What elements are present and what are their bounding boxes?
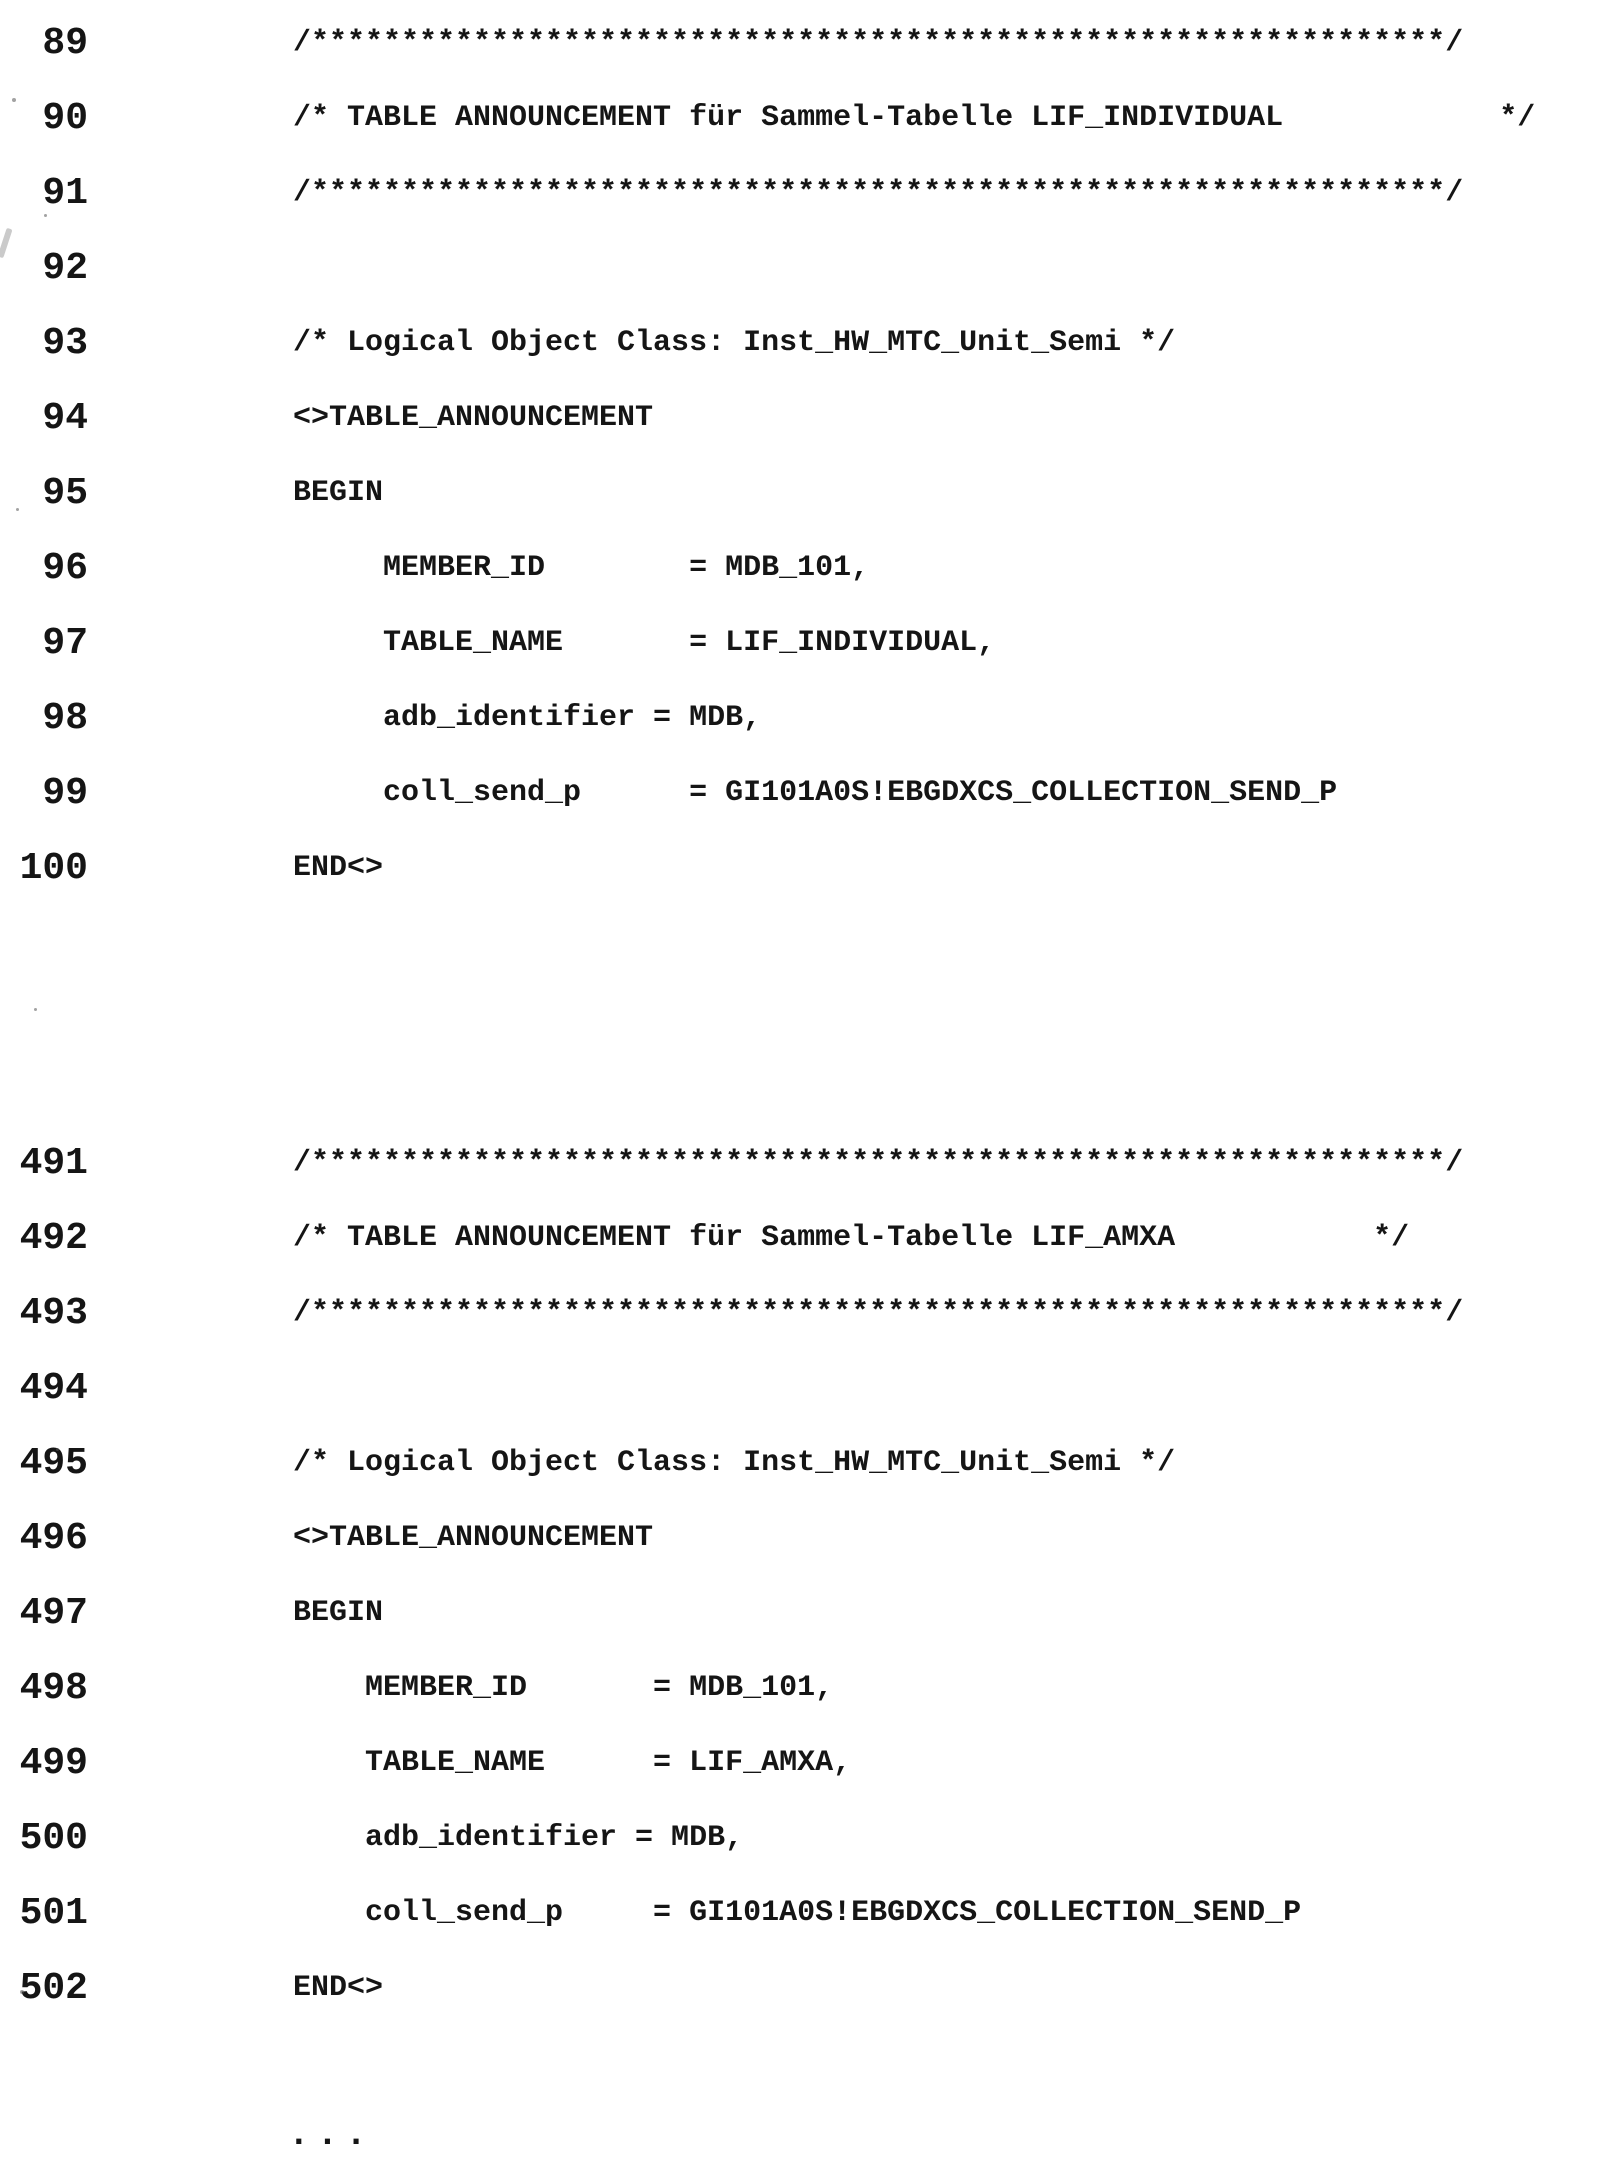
code-text: coll_send_p = GI101A0S!EBGDXCS_COLLECTIO… <box>293 1876 1301 1951</box>
line-number: 492 <box>0 1201 88 1276</box>
line-number: 501 <box>0 1876 88 1951</box>
code-text: MEMBER_ID = MDB_101, <box>293 1651 833 1726</box>
line-number: 497 <box>0 1576 88 1651</box>
line-number: 90 <box>0 81 88 156</box>
code-text: TABLE_NAME = LIF_AMXA, <box>293 1726 851 1801</box>
code-text: /***************************************… <box>293 1126 1463 1201</box>
scanned-code-listing-page: 89/*************************************… <box>0 0 1600 2176</box>
code-text: /* Logical Object Class: Inst_HW_MTC_Uni… <box>293 306 1175 381</box>
line-number: 493 <box>0 1276 88 1351</box>
line-number: 502 <box>0 1951 88 2026</box>
code-line: 492/* TABLE ANNOUNCEMENT für Sammel-Tabe… <box>0 1201 1600 1276</box>
code-line: 94<>TABLE_ANNOUNCEMENT <box>0 381 1600 456</box>
scan-speckle <box>12 98 16 102</box>
code-line: 502END<> <box>0 1951 1600 2026</box>
line-number: 91 <box>0 156 88 231</box>
code-line: 100END<> <box>0 831 1600 906</box>
line-number: 500 <box>0 1801 88 1876</box>
code-text: adb_identifier = MDB, <box>293 1801 743 1876</box>
line-number: 92 <box>0 231 88 306</box>
scan-speckle <box>56 1448 59 1451</box>
line-number: 498 <box>0 1651 88 1726</box>
code-text: BEGIN <box>293 456 383 531</box>
line-number: 99 <box>0 756 88 831</box>
line-number: 494 <box>0 1351 88 1426</box>
line-number: 93 <box>0 306 88 381</box>
code-text: /***************************************… <box>293 156 1463 231</box>
code-block-lif-amxa: 491/************************************… <box>0 1126 1600 2026</box>
continuation-ellipsis: ... <box>288 2100 374 2170</box>
code-line: 495/* Logical Object Class: Inst_HW_MTC_… <box>0 1426 1600 1501</box>
code-text: coll_send_p = GI101A0S!EBGDXCS_COLLECTIO… <box>293 756 1337 831</box>
code-line: 491/************************************… <box>0 1126 1600 1201</box>
line-number: 89 <box>0 6 88 81</box>
line-number: 499 <box>0 1726 88 1801</box>
code-line: 95BEGIN <box>0 456 1600 531</box>
code-text: /* Logical Object Class: Inst_HW_MTC_Uni… <box>293 1426 1175 1501</box>
line-number: 98 <box>0 681 88 756</box>
code-line: 499 TABLE_NAME = LIF_AMXA, <box>0 1726 1600 1801</box>
line-number: 495 <box>0 1426 88 1501</box>
code-block-lif-individual: 89/*************************************… <box>0 6 1600 906</box>
line-number: 491 <box>0 1126 88 1201</box>
line-number: 96 <box>0 531 88 606</box>
code-text: /* TABLE ANNOUNCEMENT für Sammel-Tabelle… <box>293 1201 1409 1276</box>
code-line: 501 coll_send_p = GI101A0S!EBGDXCS_COLLE… <box>0 1876 1600 1951</box>
code-text: /***************************************… <box>293 1276 1463 1351</box>
code-line: 96 MEMBER_ID = MDB_101, <box>0 531 1600 606</box>
code-text: END<> <box>293 831 383 906</box>
code-line: 98 adb_identifier = MDB, <box>0 681 1600 756</box>
code-text: BEGIN <box>293 1576 383 1651</box>
code-text: END<> <box>293 1951 383 2026</box>
code-line: 97 TABLE_NAME = LIF_INDIVIDUAL, <box>0 606 1600 681</box>
code-line: 91/*************************************… <box>0 156 1600 231</box>
code-line: 496<>TABLE_ANNOUNCEMENT <box>0 1501 1600 1576</box>
code-line: 92 <box>0 231 1600 306</box>
code-line: 497BEGIN <box>0 1576 1600 1651</box>
code-text: adb_identifier = MDB, <box>293 681 761 756</box>
scan-speckle <box>20 1990 24 1994</box>
line-number: 97 <box>0 606 88 681</box>
scan-speckle <box>16 508 19 511</box>
line-number: 496 <box>0 1501 88 1576</box>
code-line: 500 adb_identifier = MDB, <box>0 1801 1600 1876</box>
scan-speckle <box>44 214 47 217</box>
code-line: 498 MEMBER_ID = MDB_101, <box>0 1651 1600 1726</box>
code-line: 99 coll_send_p = GI101A0S!EBGDXCS_COLLEC… <box>0 756 1600 831</box>
code-text: <>TABLE_ANNOUNCEMENT <box>293 1501 653 1576</box>
code-line: 493/************************************… <box>0 1276 1600 1351</box>
line-number: 95 <box>0 456 88 531</box>
code-line: 494 <box>0 1351 1600 1426</box>
code-text: /***************************************… <box>293 6 1463 81</box>
code-line: 93/* Logical Object Class: Inst_HW_MTC_U… <box>0 306 1600 381</box>
code-line: 90/* TABLE ANNOUNCEMENT für Sammel-Tabel… <box>0 81 1600 156</box>
code-line: 89/*************************************… <box>0 6 1600 81</box>
code-text: <>TABLE_ANNOUNCEMENT <box>293 381 653 456</box>
code-text: MEMBER_ID = MDB_101, <box>293 531 869 606</box>
code-text: TABLE_NAME = LIF_INDIVIDUAL, <box>293 606 995 681</box>
line-number: 100 <box>0 831 88 906</box>
scan-speckle <box>34 1008 37 1011</box>
line-number: 94 <box>0 381 88 456</box>
code-text: /* TABLE ANNOUNCEMENT für Sammel-Tabelle… <box>293 81 1535 156</box>
